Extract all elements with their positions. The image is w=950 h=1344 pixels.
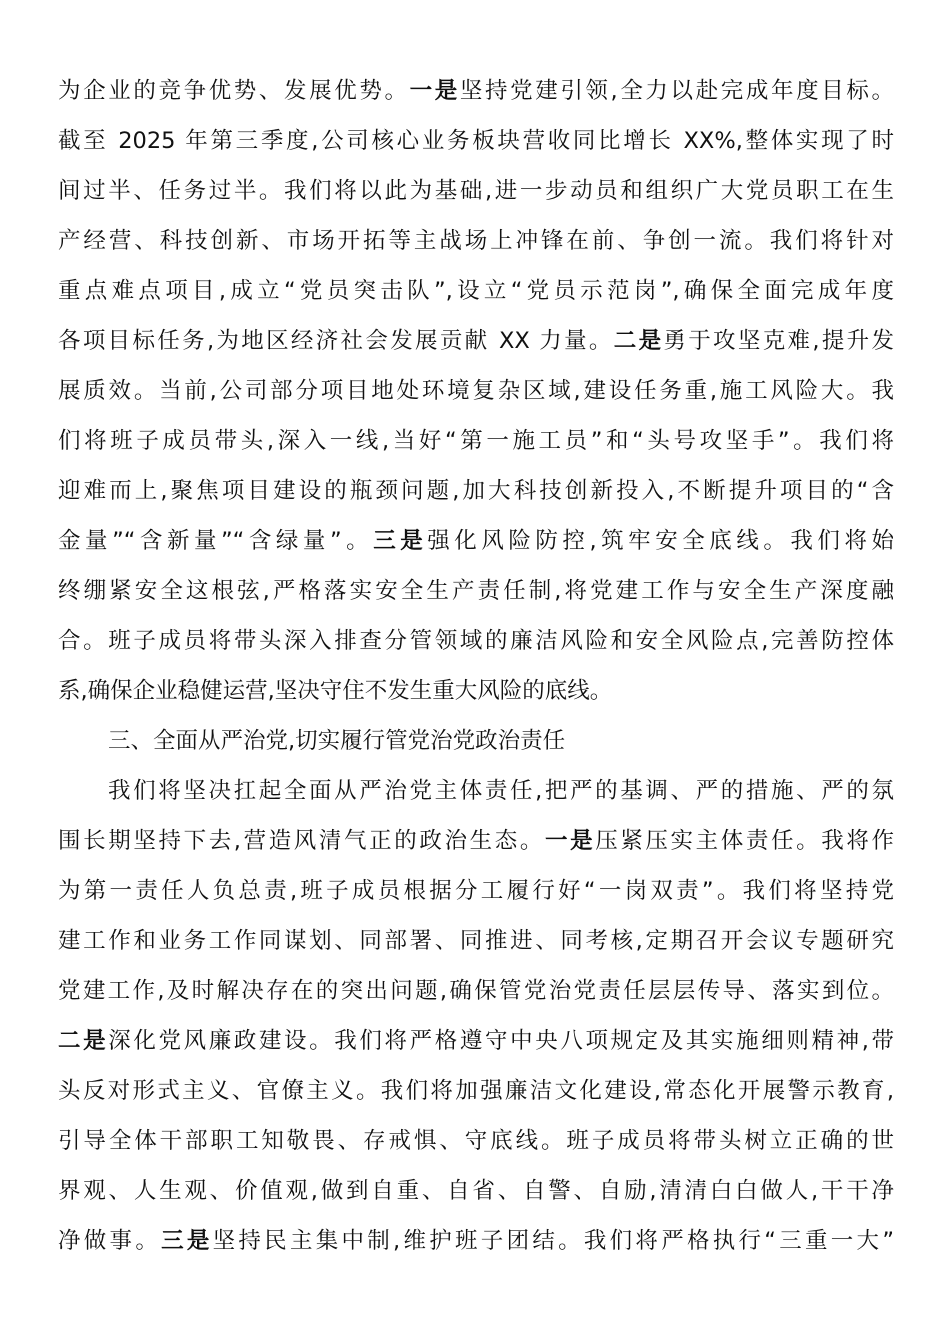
paragraph-line: 净做事。三是坚持民主集中制,维护班子团结。我们将严格执行“三重一大”: [58, 1216, 894, 1266]
paragraph-line: 头反对形式主义、官僚主义。我们将加强廉洁文化建设,常态化开展警示教育,: [58, 1066, 894, 1116]
text-run: 头反对形式主义、官僚主义。我们将加强廉洁文化建设,常态化开展警示教育,: [58, 1078, 894, 1104]
document-page: 为企业的竞争优势、发展优势。一是坚持党建引领,全力以赴完成年度目标。截至 202…: [58, 66, 894, 1266]
text-run: 各项目标任务,为地区经济社会发展贡献 XX 力量。: [58, 328, 614, 354]
paragraph-line: 终绷紧安全这根弦,严格落实安全生产责任制,将党建工作与安全生产深度融: [58, 566, 894, 616]
bold-marker: 二是: [58, 1028, 108, 1054]
paragraph-line: 为第一责任人负总责,班子成员根据分工履行好“一岗双责”。我们将坚持党: [58, 866, 894, 916]
text-run: 强化风险防控,筑牢安全底线。我们将始: [427, 528, 894, 554]
text-run: 引导全体干部职工知敬畏、存戒惧、守底线。班子成员将带头树立正确的世: [58, 1128, 894, 1154]
paragraph-line: 合。班子成员将带头深入排查分管领域的廉洁风险和安全风险点,完善防控体: [58, 616, 894, 666]
text-run: 产经营、科技创新、市场开拓等主战场上冲锋在前、争创一流。我们将针对: [58, 228, 894, 254]
text-run: 展质效。当前,公司部分项目地处环境复杂区域,建设任务重,施工风险大。我: [58, 378, 894, 404]
paragraph-line: 党建工作,及时解决存在的突出问题,确保管党治党责任层层传导、落实到位。: [58, 966, 894, 1016]
paragraph-line: 界观、人生观、价值观,做到自重、自省、自警、自励,清清白白做人,干干净: [58, 1166, 894, 1216]
text-run: 间过半、任务过半。我们将以此为基础,进一步动员和组织广大党员职工在生: [58, 178, 894, 204]
paragraph-line: 们将班子成员带头,深入一线,当好“第一施工员”和“头号攻坚手”。我们将: [58, 416, 894, 466]
text-run: 深化党风廉政建设。我们将严格遵守中央八项规定及其实施细则精神,带: [108, 1028, 894, 1054]
paragraph-line: 迎难而上,聚焦项目建设的瓶颈问题,加大科技创新投入,不断提升项目的“含: [58, 466, 894, 516]
text-run: 坚持党建引领,全力以赴完成年度目标。: [460, 78, 894, 104]
text-run: 合。班子成员将带头深入排查分管领域的廉洁风险和安全风险点,完善防控体: [58, 628, 894, 654]
paragraph-line: 间过半、任务过半。我们将以此为基础,进一步动员和组织广大党员职工在生: [58, 166, 894, 216]
paragraph-line: 建工作和业务工作同谋划、同部署、同推进、同考核,定期召开会议专题研究: [58, 916, 894, 966]
text-run: 们将班子成员带头,深入一线,当好“第一施工员”和“头号攻坚手”。我们将: [58, 428, 894, 454]
paragraph-line: 二是深化党风廉政建设。我们将严格遵守中央八项规定及其实施细则精神,带: [58, 1016, 894, 1066]
bold-marker: 二是: [614, 328, 664, 354]
text-run: 终绷紧安全这根弦,严格落实安全生产责任制,将党建工作与安全生产深度融: [58, 578, 894, 604]
section-heading: 三、全面从严治党,切实履行管党治党政治责任: [58, 716, 894, 766]
paragraph-line: 围长期坚持下去,营造风清气正的政治生态。一是压紧压实主体责任。我将作: [58, 816, 894, 866]
text-run: 净做事。: [58, 1228, 161, 1254]
paragraph-line: 为企业的竞争优势、发展优势。一是坚持党建引领,全力以赴完成年度目标。: [58, 66, 894, 116]
text-run: 压紧压实主体责任。我将作: [595, 828, 894, 854]
paragraph-line: 展质效。当前,公司部分项目地处环境复杂区域,建设任务重,施工风险大。我: [58, 366, 894, 416]
bold-marker: 一是: [410, 78, 460, 104]
text-run: 系,确保企业稳健运营,坚决守住不发生重大风险的底线。: [58, 678, 612, 704]
text-run: 三、全面从严治党,切实履行管党治党政治责任: [108, 728, 565, 754]
text-run: 截至 2025 年第三季度,公司核心业务板块营收同比增长 XX%,整体实现了时: [58, 128, 894, 154]
paragraph-line: 金量”“含新量”“含绿量”。三是强化风险防控,筑牢安全底线。我们将始: [58, 516, 894, 566]
paragraph-line: 引导全体干部职工知敬畏、存戒惧、守底线。班子成员将带头树立正确的世: [58, 1116, 894, 1166]
bold-marker: 三是: [161, 1228, 213, 1254]
paragraph-line: 产经营、科技创新、市场开拓等主战场上冲锋在前、争创一流。我们将针对: [58, 216, 894, 266]
paragraph-line: 各项目标任务,为地区经济社会发展贡献 XX 力量。二是勇于攻坚克难,提升发: [58, 316, 894, 366]
text-run: 党建工作,及时解决存在的突出问题,确保管党治党责任层层传导、落实到位。: [58, 978, 894, 1004]
paragraph-line: 我们将坚决扛起全面从严治党主体责任,把严的基调、严的措施、严的氛: [58, 766, 894, 816]
text-run: 坚持民主集中制,维护班子团结。我们将严格执行“三重一大”: [213, 1228, 894, 1254]
text-run: 建工作和业务工作同谋划、同部署、同推进、同考核,定期召开会议专题研究: [58, 928, 894, 954]
paragraph-line: 系,确保企业稳健运营,坚决守住不发生重大风险的底线。: [58, 666, 894, 716]
text-run: 迎难而上,聚焦项目建设的瓶颈问题,加大科技创新投入,不断提升项目的“含: [58, 478, 894, 504]
text-run: 我们将坚决扛起全面从严治党主体责任,把严的基调、严的措施、严的氛: [108, 778, 894, 804]
text-run: 界观、人生观、价值观,做到自重、自省、自警、自励,清清白白做人,干干净: [58, 1178, 894, 1204]
bold-marker: 三是: [373, 528, 427, 554]
paragraph-line: 重点难点项目,成立“党员突击队”,设立“党员示范岗”,确保全面完成年度: [58, 266, 894, 316]
text-run: 勇于攻坚克难,提升发: [663, 328, 894, 354]
bold-marker: 一是: [545, 828, 595, 854]
text-run: 重点难点项目,成立“党员突击队”,设立“党员示范岗”,确保全面完成年度: [58, 278, 894, 304]
text-run: 为第一责任人负总责,班子成员根据分工履行好“一岗双责”。我们将坚持党: [58, 878, 894, 904]
text-run: 为企业的竞争优势、发展优势。: [58, 78, 410, 104]
paragraph-line: 截至 2025 年第三季度,公司核心业务板块营收同比增长 XX%,整体实现了时: [58, 116, 894, 166]
text-run: 金量”“含新量”“含绿量”。: [58, 528, 373, 554]
text-run: 围长期坚持下去,营造风清气正的政治生态。: [58, 828, 545, 854]
